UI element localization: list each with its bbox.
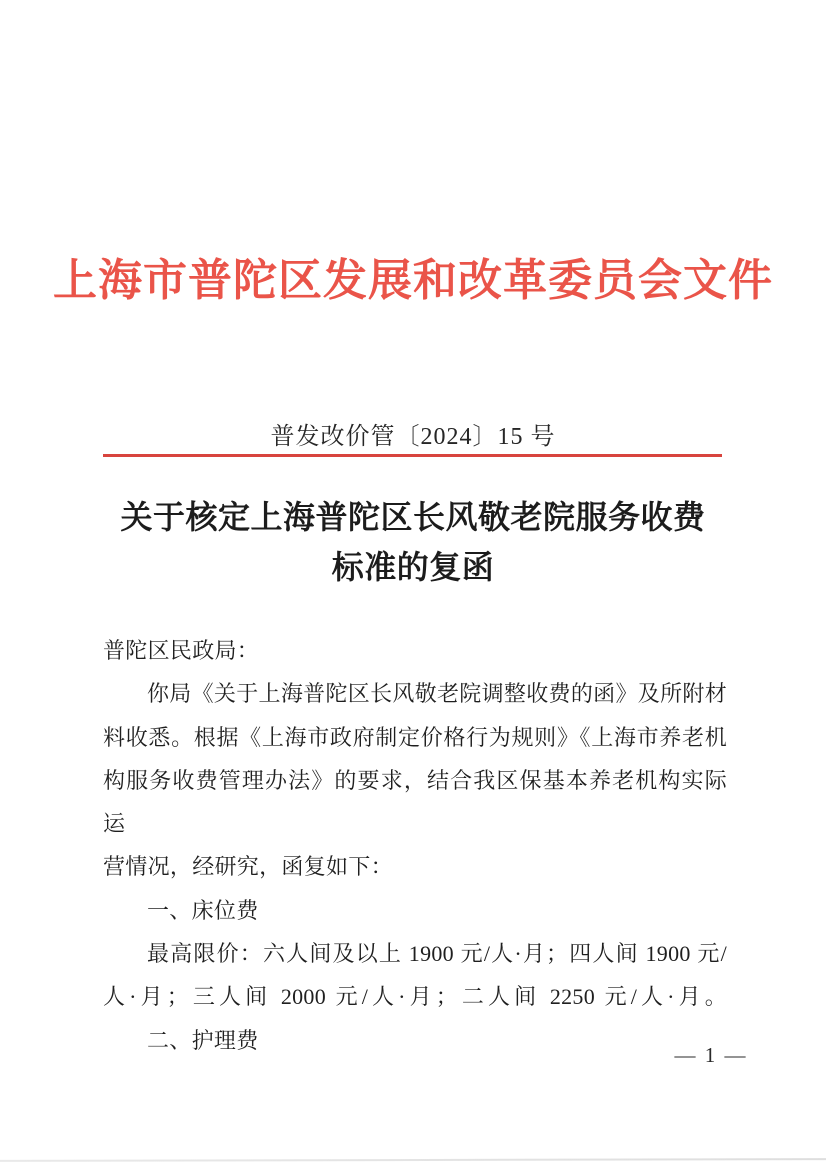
section-heading-nursing-fee: 二、护理费 — [103, 1019, 727, 1062]
document-page: 上海市普陀区发展和改革委员会文件 普发改价管〔2024〕15 号 关于核定上海普… — [0, 0, 826, 1169]
body-line: 构服务收费管理办法》的要求，结合我区保基本养老机构实际运 — [103, 759, 727, 846]
document-title: 关于核定上海普陀区长风敬老院服务收费 标准的复函 — [0, 492, 826, 592]
agency-banner: 上海市普陀区发展和改革委员会文件 — [0, 252, 826, 310]
body-line: 最高限价：六人间及以上 1900 元/人·月；四人间 1900 元/ — [103, 932, 727, 975]
body-line: 你局《关于上海普陀区长风敬老院调整收费的函》及所附材 — [103, 672, 727, 715]
section-heading-bed-fee: 一、床位费 — [103, 889, 727, 932]
salutation: 普陀区民政局： — [103, 629, 727, 672]
document-body: 普陀区民政局： 你局《关于上海普陀区长风敬老院调整收费的函》及所附材 料收悉。根… — [103, 629, 727, 1062]
body-line: 营情况，经研究，函复如下： — [103, 845, 727, 888]
red-divider-rule — [103, 454, 722, 457]
body-line: 料收悉。根据《上海市政府制定价格行为规则》《上海市养老机 — [103, 716, 727, 759]
page-number: — 1 — — [656, 1043, 766, 1068]
document-title-line2: 标准的复函 — [0, 542, 826, 592]
document-title-line1: 关于核定上海普陀区长风敬老院服务收费 — [0, 492, 826, 542]
body-line: 人·月；三人间 2000 元/人·月；二人间 2250 元/人·月。 — [103, 975, 727, 1018]
scan-edge-artifact — [0, 1158, 826, 1162]
document-number: 普发改价管〔2024〕15 号 — [0, 422, 826, 452]
